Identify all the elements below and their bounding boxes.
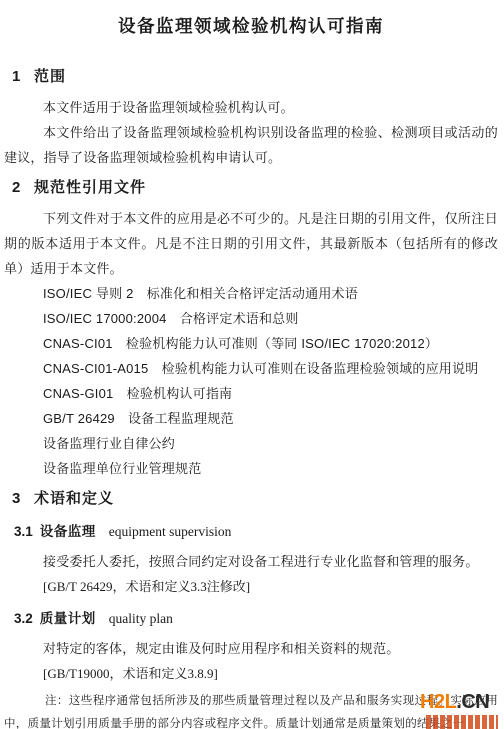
- section-3-number: 3: [12, 489, 26, 509]
- section-3-title: 术语和定义: [34, 490, 114, 507]
- watermark-tagline-clipped: [426, 715, 498, 729]
- watermark-logo: H2L.CN: [420, 691, 489, 713]
- section-2-heading: 2规范性引用文件: [12, 178, 498, 198]
- section-2-intro: 下列文件对于本文件的应用是必不可少的。凡是注日期的引用文件，仅所注日期的版本适用…: [4, 206, 498, 281]
- term-3-2-number: 3.2: [14, 611, 33, 626]
- document-page: 设备监理领域检验机构认可指南 1范围 本文件适用于设备监理领域检验机构认可。 本…: [0, 0, 504, 729]
- section-2-title: 规范性引用文件: [34, 179, 146, 196]
- watermark-brand-text: H2L: [420, 691, 456, 713]
- reference-item: ISO/IEC 导则 2 标准化和相关合格评定活动通用术语: [43, 281, 498, 306]
- term-3-1-definition: 接受委托人委托，按照合同约定对设备工程进行专业化监督和管理的服务。: [4, 549, 498, 574]
- reference-item: 设备监理单位行业管理规范: [43, 456, 498, 481]
- term-3-1-source: [GB/T 26429，术语和定义3.3注修改]: [4, 574, 498, 599]
- reference-item: CNAS-GI01 检验机构认可指南: [43, 381, 498, 406]
- section-2-number: 2: [12, 178, 26, 198]
- page-title: 设备监理领域检验机构认可指南: [4, 14, 498, 38]
- term-3-1-heading: 3.1设备监理equipment supervision: [14, 521, 498, 543]
- reference-list: ISO/IEC 导则 2 标准化和相关合格评定活动通用术语 ISO/IEC 17…: [4, 281, 498, 481]
- section-1-paragraph-1: 本文件适用于设备监理领域检验机构认可。: [4, 95, 498, 120]
- term-3-2-name: 质量计划: [40, 611, 96, 626]
- watermark-suffix-text: .CN: [456, 691, 489, 713]
- term-3-2-english: quality plan: [109, 611, 173, 626]
- reference-item: ISO/IEC 17000:2004 合格评定术语和总则: [43, 306, 498, 331]
- term-3-1-name: 设备监理: [40, 524, 96, 539]
- term-3-1-number: 3.1: [14, 524, 33, 539]
- term-3-1-english: equipment supervision: [109, 524, 232, 539]
- reference-item: CNAS-CI01-A015 检验机构能力认可准则在设备监理检验领域的应用说明: [43, 356, 498, 381]
- section-3-heading: 3术语和定义: [12, 489, 498, 509]
- term-3-2-definition: 对特定的客体，规定由谁及何时应用程序和相关资料的规范。: [4, 636, 498, 661]
- reference-item: GB/T 26429 设备工程监理规范: [43, 406, 498, 431]
- term-3-2-heading: 3.2质量计划quality plan: [14, 608, 498, 630]
- term-3-2-source: [GB/T19000，术语和定义3.8.9]: [4, 661, 498, 686]
- section-1-paragraph-2: 本文件给出了设备监理领域检验机构识别设备监理的检验、检测项目或活动的建议，指导了…: [4, 120, 498, 170]
- reference-item: CNAS-CI01 检验机构能力认可准则（等同 ISO/IEC 17020:20…: [43, 331, 498, 356]
- section-1-title: 范围: [34, 68, 66, 85]
- reference-item: 设备监理行业自律公约: [43, 431, 498, 456]
- section-1-number: 1: [12, 67, 26, 87]
- section-1-heading: 1范围: [12, 67, 498, 87]
